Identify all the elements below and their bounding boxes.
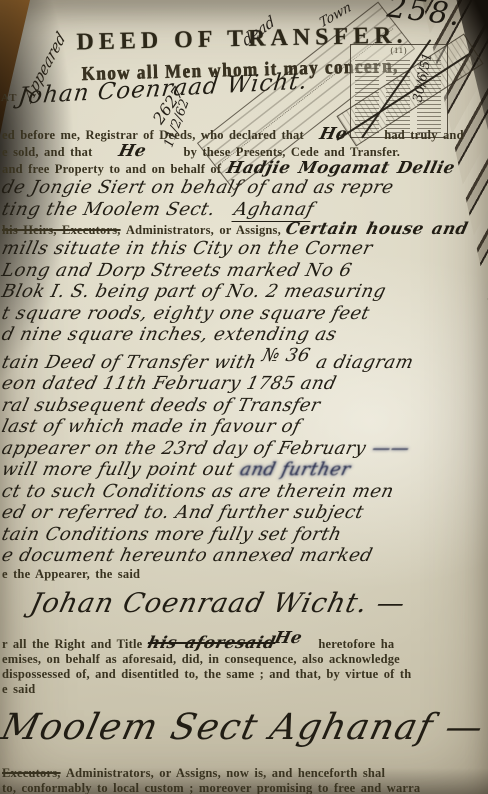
handwritten-text: Long and Dorp Streets marked No 6 bbox=[0, 261, 354, 282]
printed-text: had truly and bbox=[347, 128, 464, 143]
printed-text: e the Appearer, the said bbox=[2, 567, 140, 582]
at-label: AT bbox=[1, 92, 17, 104]
handwritten-text: Aghanaf bbox=[231, 200, 315, 222]
handwritten-text: t square roods, eighty one square feet bbox=[0, 304, 372, 325]
document-line: ed or referred to. And further subject bbox=[0, 502, 488, 524]
printed-text: r all the Right and Title bbox=[2, 637, 148, 652]
handwritten-text: Blok I. S. being part of No. 2 measuring bbox=[0, 282, 388, 303]
document-line: eon dated 11th February 1785 and bbox=[0, 373, 488, 395]
document-line: Executors, Administrators, or Assigns, n… bbox=[0, 766, 488, 781]
document-line: his Heirs, Executors, Administrators, or… bbox=[0, 221, 488, 238]
printed-text: e said bbox=[2, 682, 35, 697]
document-line: tain Deed of Transfer with № 36 a diagra… bbox=[0, 346, 488, 374]
printed-text: Administrators, or Assigns, bbox=[121, 223, 287, 238]
photographed-deed-page: 258. Appeared DEED OF TRANSFER. Know all… bbox=[0, 0, 488, 794]
printed-text: Administrators, or Assigns, now is, and … bbox=[61, 766, 386, 781]
handwritten-text: Moolem Sect Aghanaf — bbox=[0, 697, 488, 759]
document-line: ed before me, Registrar of Deeds, who de… bbox=[0, 126, 488, 143]
document-line: d nine square inches, extending as bbox=[0, 324, 488, 346]
document-line: e document hereunto annexed marked bbox=[0, 545, 488, 567]
printed-text: ed before me, Registrar of Deeds, who de… bbox=[2, 128, 320, 143]
handwritten-text: appearer on the 23rd day of February bbox=[0, 439, 368, 460]
document-line: ting the Moolem Sect. Aghanaf bbox=[0, 199, 488, 222]
handwritten-text: his aforesaid bbox=[146, 635, 277, 650]
printed-text: dispossessed of, and disentitled to, the… bbox=[2, 667, 411, 682]
handwritten-text: № 36 bbox=[254, 346, 313, 367]
printed-text: to, conformably to local custom ; moreov… bbox=[2, 781, 420, 794]
document-line: e the Appearer, the said bbox=[0, 567, 488, 582]
document-line: dispossessed of, and disentitled to, the… bbox=[0, 667, 488, 682]
document-line: r all the Right and Title his aforesaidH… bbox=[0, 630, 488, 652]
handwritten-text: and further bbox=[231, 460, 352, 481]
printed-text: e sold, and that bbox=[2, 145, 119, 160]
document-line: Blok I. S. being part of No. 2 measuring bbox=[0, 281, 488, 303]
handwritten-text: e document hereunto annexed marked bbox=[0, 546, 375, 567]
document-line: Johan Coenraad Wicht. — bbox=[0, 582, 488, 630]
handwritten-text: —— bbox=[363, 439, 411, 460]
document-line: ral subsequent deeds of Transfer bbox=[0, 395, 488, 417]
document-line: and free Property to and on behalf of Ha… bbox=[0, 160, 488, 177]
document-line: mills situate in this City on the Corner bbox=[0, 238, 488, 260]
printed-text: Executors, bbox=[2, 766, 61, 781]
handwritten-text: Hadjie Mogamat Dellie bbox=[225, 160, 456, 175]
deed-body-text: ed before me, Registrar of Deeds, who de… bbox=[0, 126, 488, 794]
handwritten-text: d nine square inches, extending as bbox=[0, 325, 339, 346]
printed-text: emises, on behalf as aforesaid, did, in … bbox=[2, 652, 400, 667]
document-line: last of which made in favour of bbox=[0, 416, 488, 438]
handwritten-text: He bbox=[274, 630, 305, 645]
handwritten-text: eon dated 11th February 1785 and bbox=[0, 374, 338, 395]
document-line: will more fully point out and further bbox=[0, 459, 488, 481]
printed-text: and free Property to and on behalf of bbox=[2, 162, 227, 177]
handwritten-text: will more fully point out bbox=[0, 460, 236, 481]
printed-text: heretofore ha bbox=[302, 637, 394, 652]
handwritten-text: mills situate in this City on the Corner bbox=[0, 239, 375, 260]
document-line: emises, on behalf as aforesaid, did, in … bbox=[0, 652, 488, 667]
document-line: t square roods, eighty one square feet bbox=[0, 303, 488, 325]
handwritten-text: He bbox=[117, 143, 148, 158]
handwritten-text: ral subsequent deeds of Transfer bbox=[0, 396, 322, 417]
handwritten-text: a diagram bbox=[308, 353, 416, 374]
document-line: to, conformably to local custom ; moreov… bbox=[0, 781, 488, 794]
handwritten-text: tain Deed of Transfer with bbox=[0, 353, 258, 374]
document-line: appearer on the 23rd day of February —— bbox=[0, 438, 488, 460]
handwritten-text: de Jongie Siert on behalf of and as repr… bbox=[0, 178, 396, 199]
handwritten-text: Certain house and bbox=[285, 221, 470, 236]
handwritten-text: He bbox=[318, 126, 349, 141]
printed-text: his Heirs, Executors, bbox=[2, 223, 121, 238]
handwritten-text: ting the Moolem Sect. bbox=[0, 200, 236, 221]
handwritten-text: ed or referred to. And further subject bbox=[0, 503, 366, 524]
handwritten-text: tain Conditions more fully set forth bbox=[0, 525, 344, 546]
document-line: e said bbox=[0, 682, 488, 697]
handwritten-text: Johan Coenraad Wicht. — bbox=[0, 582, 410, 626]
document-line: Moolem Sect Aghanaf — bbox=[0, 697, 488, 766]
handwritten-text: ct to such Conditions as are therein men bbox=[0, 482, 396, 503]
document-line: Long and Dorp Streets marked No 6 bbox=[0, 260, 488, 282]
document-line: de Jongie Siert on behalf of and as repr… bbox=[0, 177, 488, 199]
document-line: tain Conditions more fully set forth bbox=[0, 524, 488, 546]
handwritten-text: last of which made in favour of bbox=[0, 417, 303, 438]
document-line: ct to such Conditions as are therein men bbox=[0, 481, 488, 503]
